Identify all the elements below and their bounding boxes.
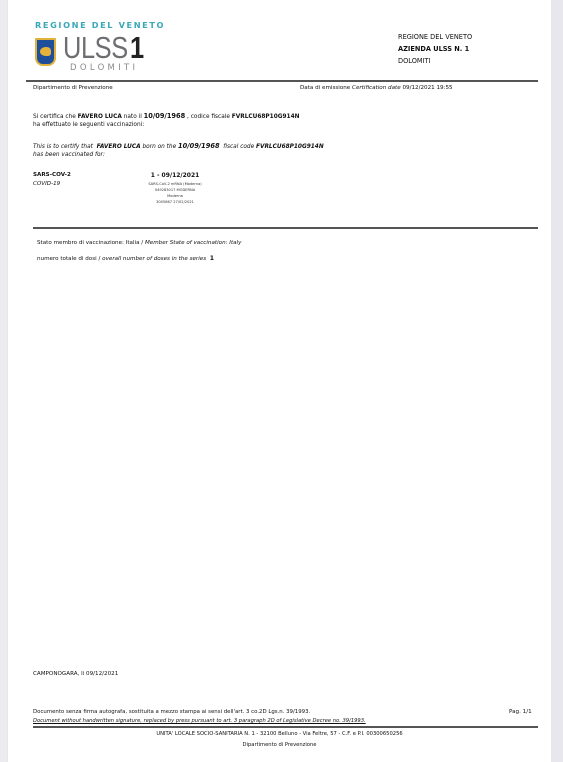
footer-divider [33, 726, 538, 728]
logo-ulss-text: ULSS [63, 30, 128, 66]
dose-header: 1 - 09/12/2021 [115, 172, 235, 179]
place-date: CAMPONOGARA, li 09/12/2021 [33, 671, 118, 677]
page-number: Pag. 1/1 [509, 709, 532, 715]
doses-label-en: overall number of doses in the series [102, 256, 206, 262]
logo-number: 1 [130, 30, 144, 66]
disease-name: COVID-19 [33, 181, 60, 187]
header-azienda: AZIENDA ULSS N. 1 [398, 45, 469, 53]
member-state-label-it: Stato membro di vaccinazione: Italia / [37, 240, 143, 246]
fiscal-label-it: , codice fiscale [187, 114, 230, 120]
born-label-it: nato il [124, 114, 142, 120]
department-label: Dipartimento di Prevenzione [33, 85, 113, 91]
vaccine-lot: 3005867 27/02/2021 [115, 200, 235, 204]
patient-name: FAVERO LUCA [78, 114, 122, 120]
fiscal-code-en: FVRLCU68P10G914N [256, 144, 324, 150]
certify-en-prefix: This is to certify that [33, 144, 93, 150]
disease-code: SARS-COV-2 [33, 172, 71, 178]
footer-department: Dipartimento di Prevenzione [8, 742, 551, 748]
org-line: UNITA' LOCALE SOCIO-SANITARIA N. 1 - 321… [8, 731, 551, 737]
legal-note-en: Document without handwritten signature, … [33, 718, 366, 724]
patient-name-en: FAVERO LUCA [97, 144, 141, 150]
certify-it-line2: ha effettuato le seguenti vaccinazioni: [33, 122, 144, 128]
issue-label-it: Data di emissione [300, 85, 350, 91]
certify-en-line2: has been vaccinated for: [33, 152, 105, 158]
lion-of-st-mark-icon [35, 38, 56, 66]
document-page: REGIONE DEL VENETO ULSS 1 DOLOMITI REGIO… [8, 0, 551, 762]
doses-value: 1 [210, 255, 214, 262]
date-of-birth: 10/09/1968 [144, 112, 186, 120]
logo-subtitle: DOLOMITI [70, 63, 138, 73]
fiscal-code: FVRLCU68P10G914N [232, 114, 300, 120]
vaccine-product: SARS-CoV-2 mRNA (Moderna) [115, 182, 235, 186]
fiscal-label-en: fiscal code [223, 144, 254, 150]
certify-en-line1: This is to certify that FAVERO LUCA born… [33, 142, 324, 150]
issue-date-line: Data di emissione Certification date 09/… [300, 85, 453, 91]
legal-note-it: Documento senza firma autografa, sostitu… [33, 709, 310, 715]
date-of-birth-en: 10/09/1968 [178, 142, 220, 150]
vaccine-aic-code: 049283017 MODERNA [115, 188, 235, 192]
header-divider [26, 80, 538, 82]
logo-region-text: REGIONE DEL VENETO [35, 20, 165, 30]
born-label-en: born on the [142, 144, 176, 150]
issue-label-en: Certification date [352, 85, 401, 91]
issue-date: 09/12/2021 19:55 [402, 85, 452, 91]
scrollbar-track[interactable] [551, 0, 563, 762]
certify-it-prefix: Si certifica che [33, 114, 76, 120]
certify-it-line1: Si certifica che FAVERO LUCA nato il 10/… [33, 112, 299, 120]
doses-line: numero totale di dosi / overall number o… [37, 255, 214, 262]
header-dolomiti: DOLOMITI [398, 57, 431, 65]
section-divider [33, 227, 538, 229]
vaccine-manufacturer: Moderna [115, 194, 235, 198]
member-state-line: Stato membro di vaccinazione: Italia / M… [37, 240, 241, 246]
doses-label-it: numero totale di dosi / [37, 256, 100, 262]
header-region: REGIONE DEL VENETO [398, 33, 472, 41]
member-state-label-en: Member State of vaccination: Italy [145, 240, 241, 246]
